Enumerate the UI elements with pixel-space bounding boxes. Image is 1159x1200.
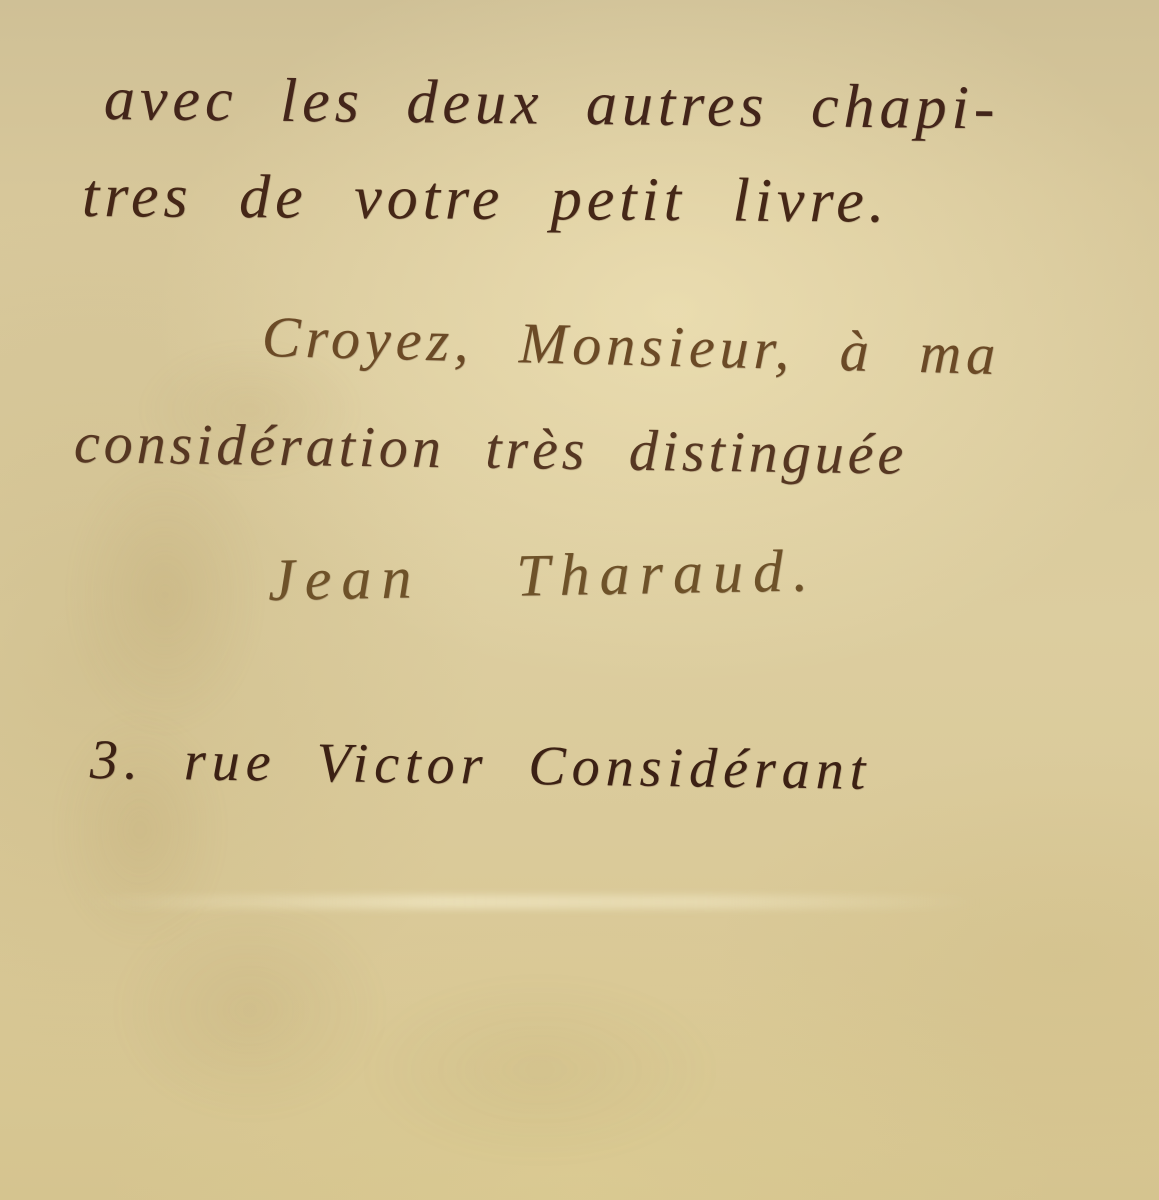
handwritten-address: 3. rue Victor Considérant	[90, 732, 872, 799]
ink-showthrough-blot	[50, 430, 280, 760]
handwritten-body-line-1: avec les deux autres chapi-	[104, 68, 1000, 139]
letter-paper: avec les deux autres chapi- tres de votr…	[0, 0, 1159, 1200]
handwritten-closing-line-2: considération très distinguée	[74, 414, 908, 484]
handwritten-closing-line-1: Croyez, Monsieur, à ma	[261, 308, 1001, 384]
handwritten-signature: Jean Tharaud.	[267, 540, 818, 610]
paper-crease-highlight	[80, 895, 980, 909]
handwritten-body-line-2: tres de votre petit livre.	[82, 165, 890, 233]
ink-showthrough-blot	[90, 880, 410, 1140]
ink-showthrough-blot	[330, 960, 750, 1180]
